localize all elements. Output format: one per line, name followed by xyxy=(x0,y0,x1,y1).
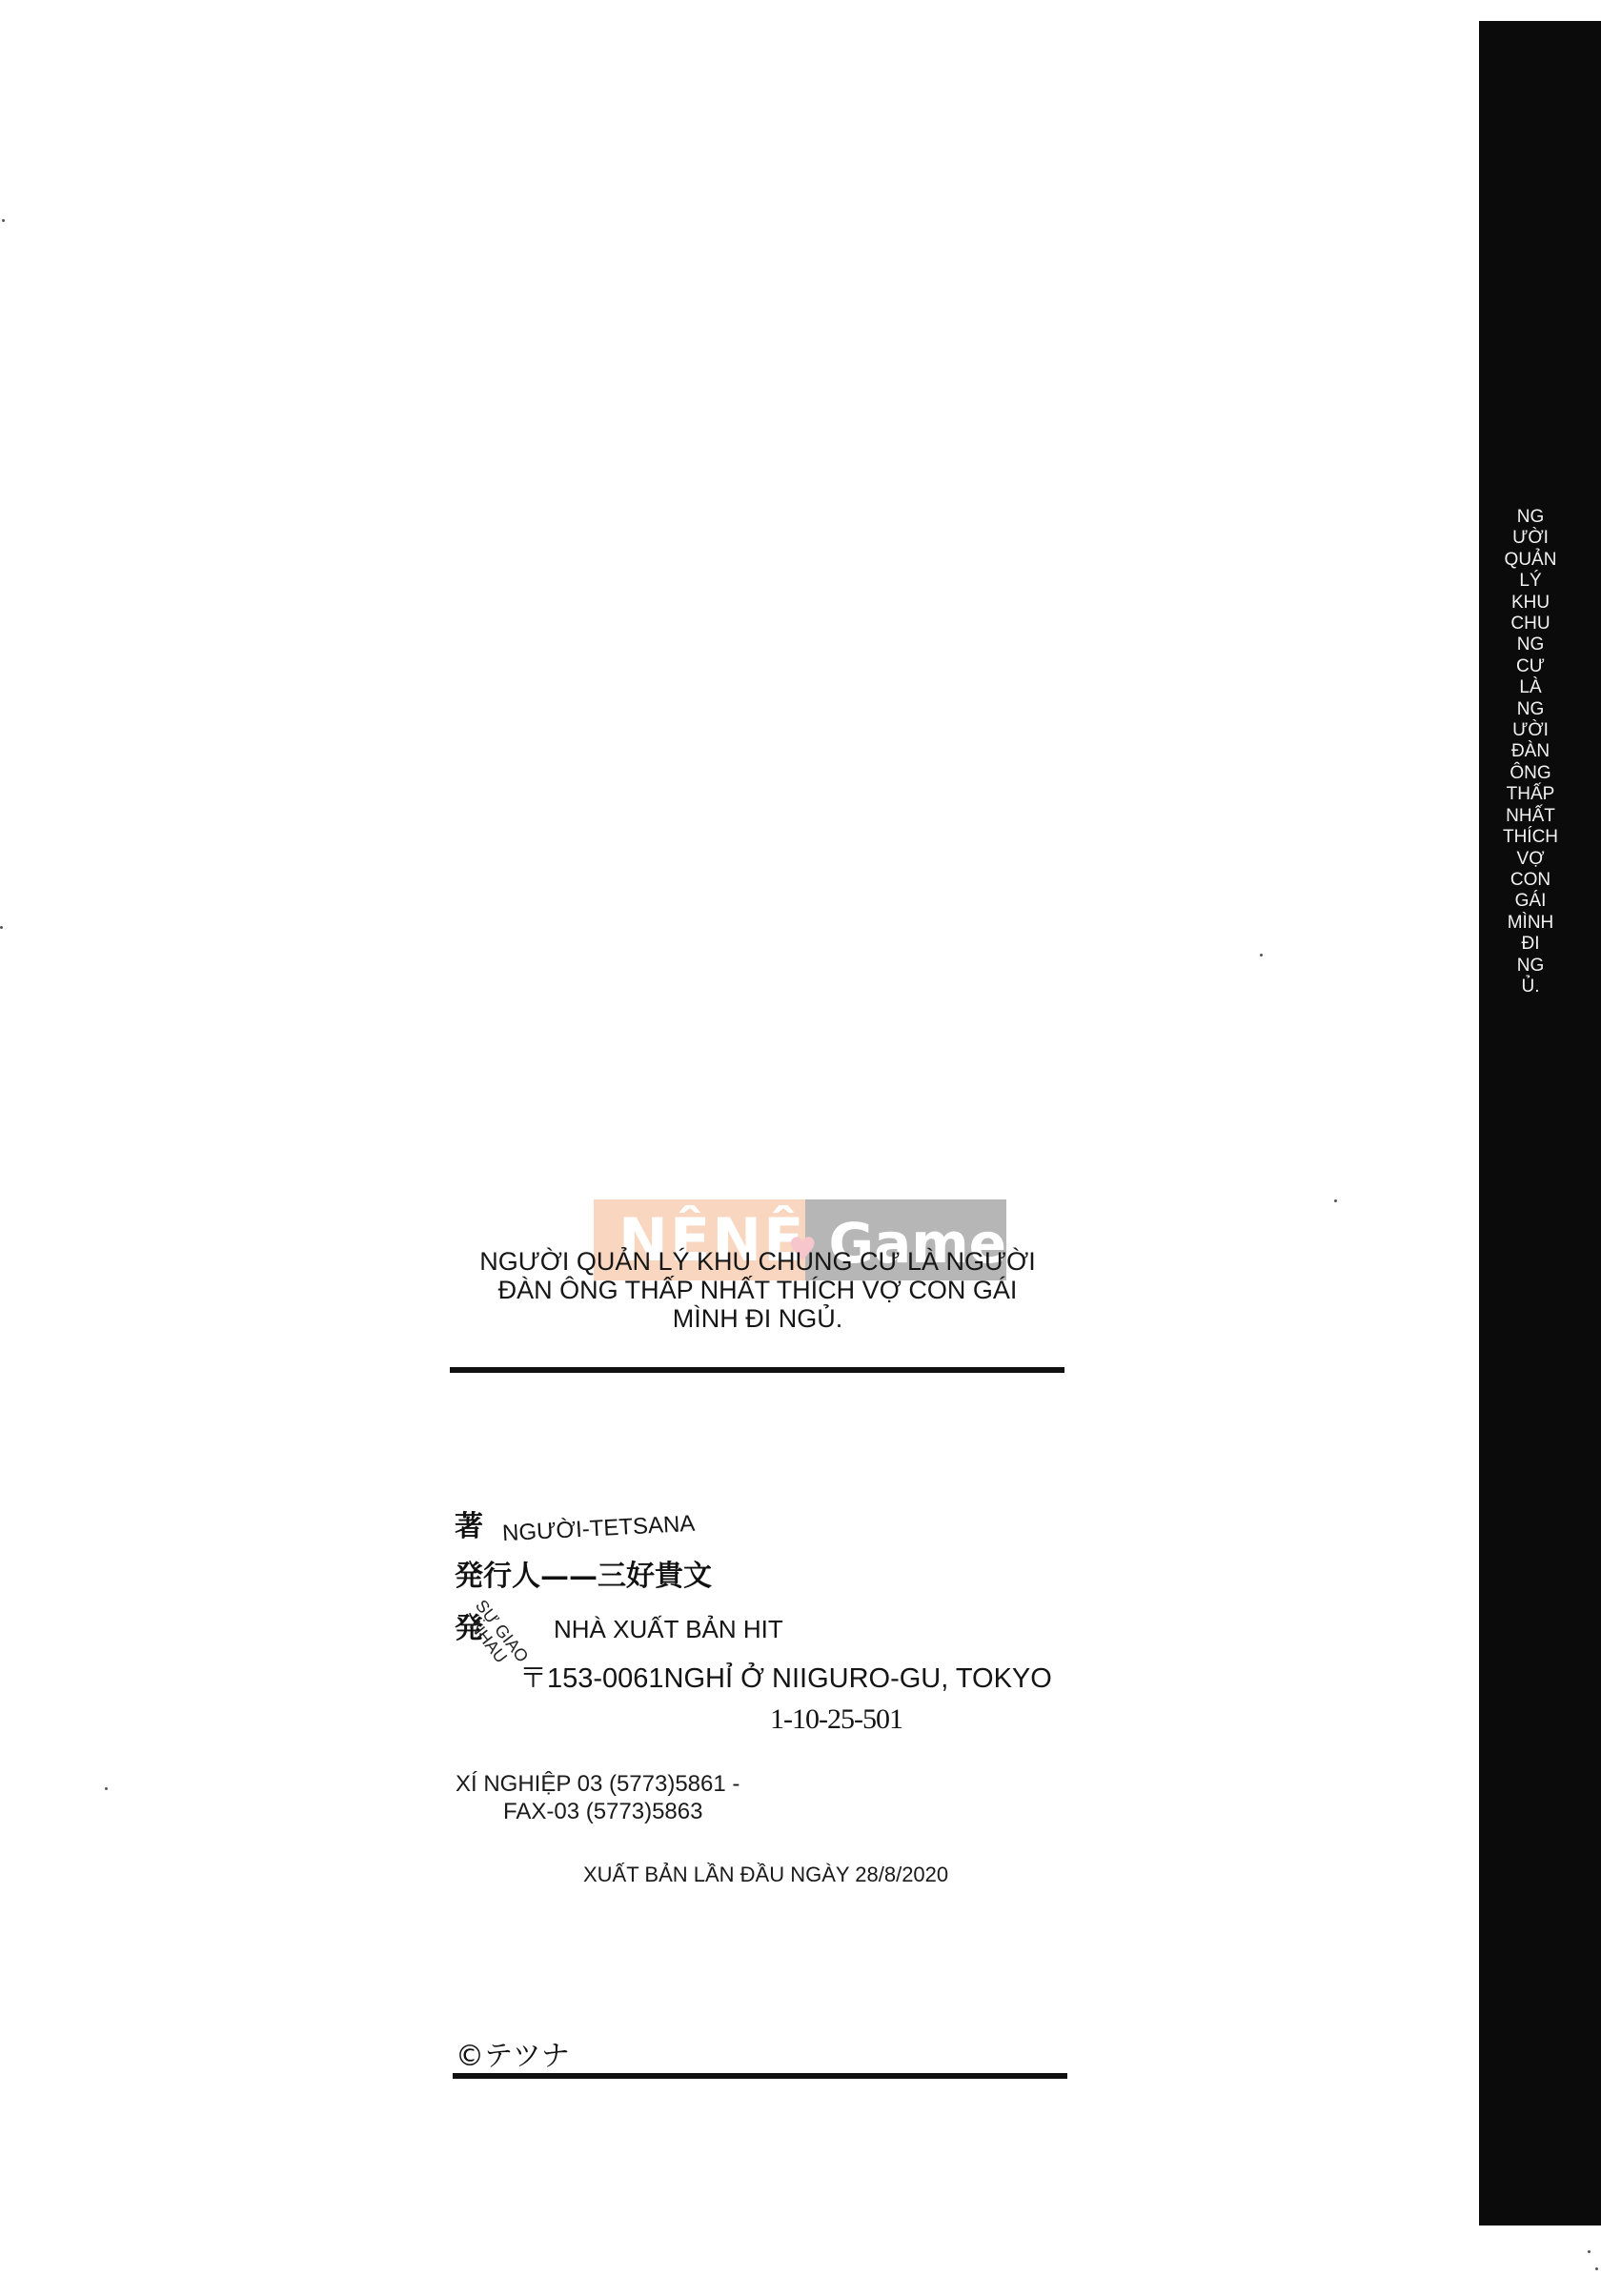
book-title: NGƯỜI QUẢN LÝ KHU CHUNG CƯ LÀ NGƯỜI ĐÀN … xyxy=(448,1247,1067,1333)
scan-speck xyxy=(0,926,3,929)
scan-speck xyxy=(2,219,5,222)
divider-bottom xyxy=(453,2073,1067,2079)
spine-title: NG ƯỜI QUẢN LÝ KHU CHU NG CƯ LÀ NG ƯỜI Đ… xyxy=(1479,507,1582,997)
fax-number: FAX-03 (5773)5863 xyxy=(456,1798,740,1825)
scan-speck xyxy=(1260,954,1263,957)
address-line-2: 1-10-25-501 xyxy=(770,1703,902,1736)
scan-speck xyxy=(1595,2267,1598,2270)
scan-speck xyxy=(1334,1199,1337,1202)
first-edition-date: XUẤT BẢN LẦN ĐẦU NGÀY 28/8/2020 xyxy=(583,1863,948,1887)
divider-top xyxy=(450,1367,1064,1373)
scan-speck xyxy=(1588,2250,1591,2253)
publisher-value: NHÀ XUẤT BẢN HIT xyxy=(554,1615,783,1644)
contact-block: XÍ NGHIỆP 03 (5773)5861 - FAX-03 (5773)5… xyxy=(456,1770,740,1825)
address-line-1: 〒153-0061NGHỈ Ở NIIGURO-GU, TOKYO xyxy=(519,1657,1052,1696)
scan-speck xyxy=(105,1787,108,1790)
author-label: 著 xyxy=(455,1502,483,1544)
phone-number: XÍ NGHIỆP 03 (5773)5861 - xyxy=(456,1771,740,1797)
issuer-label: 発行人 xyxy=(455,1552,540,1594)
issuer-value: ——三好貴文 xyxy=(540,1552,712,1594)
copyright-notice: ©テツナ xyxy=(456,2032,570,2074)
author-value: NGƯỜI-TETSANA xyxy=(501,1511,696,1548)
book-spine: NG ƯỜI QUẢN LÝ KHU CHU NG CƯ LÀ NG ƯỜI Đ… xyxy=(1479,21,1601,2226)
credit-author: 著 NGƯỜI-TETSANA xyxy=(455,1502,695,1544)
credit-issuer: 発行人 ——三好貴文 xyxy=(455,1552,712,1594)
